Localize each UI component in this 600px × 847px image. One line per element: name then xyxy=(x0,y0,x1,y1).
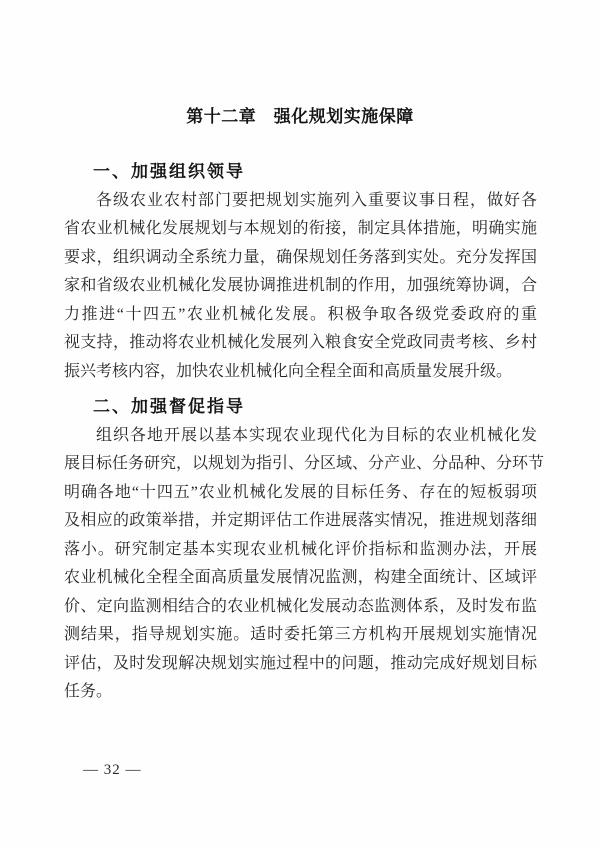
paragraph-line: 及相应的政策举措，并定期评估工作进展落实情况，推进规划落细 xyxy=(64,507,537,536)
paragraph-line: 各级农业农村部门要把规划实施列入重要议事日程，做好各 xyxy=(64,187,537,216)
page-number: — 32 — xyxy=(64,759,537,781)
section-heading-organization-leadership: 一、加强组织领导 xyxy=(64,158,537,187)
section-heading-supervision-guidance: 二、加强督促指导 xyxy=(64,393,537,422)
paragraph-line: 测结果，指导规划实施。适时委托第三方机构开展规划实施情况 xyxy=(64,621,537,650)
chapter-title: 第十二章 强化规划实施保障 xyxy=(0,0,600,130)
page-content: 一、加强组织领导 各级农业农村部门要把规划实施列入重要议事日程，做好各 省农业机… xyxy=(0,158,600,781)
paragraph-line: 展目标任务研究，以规划为指引、分区域、分产业、分品种、分环节 xyxy=(64,450,537,479)
paragraph-2: 组织各地开展以基本实现农业现代化为目标的农业机械化发 展目标任务研究，以规划为指… xyxy=(64,422,537,707)
paragraph-line: 要求，组织调动全系统力量，确保规划任务落到实处。充分发挥国 xyxy=(64,244,537,273)
paragraph-line: 省农业机械化发展规划与本规划的衔接，制定具体措施，明确实施 xyxy=(64,215,537,244)
paragraph-line: 家和省级农业机械化发展协调推进机制的作用，加强统筹协调，合 xyxy=(64,272,537,301)
paragraph-line: 明确各地“十四五”农业机械化发展的目标任务、存在的短板弱项 xyxy=(64,479,537,508)
paragraph-line: 任务。 xyxy=(64,678,537,707)
paragraph-line: 组织各地开展以基本实现农业现代化为目标的农业机械化发 xyxy=(64,422,537,451)
paragraph-line: 力推进“十四五”农业机械化发展。积极争取各级党委政府的重 xyxy=(64,301,537,330)
document-page: 第十二章 强化规划实施保障 一、加强组织领导 各级农业农村部门要把规划实施列入重… xyxy=(0,0,600,847)
paragraph-line: 视支持，推动将农业机械化发展列入粮食安全党政同责考核、乡村 xyxy=(64,329,537,358)
paragraph-1: 各级农业农村部门要把规划实施列入重要议事日程，做好各 省农业机械化发展规划与本规… xyxy=(64,187,537,387)
paragraph-line: 振兴考核内容，加快农业机械化向全程全面和高质量发展升级。 xyxy=(64,358,537,387)
paragraph-line: 落小。研究制定基本实现农业机械化评价指标和监测办法，开展 xyxy=(64,536,537,565)
paragraph-line: 价、定向监测相结合的农业机械化发展动态监测体系，及时发布监 xyxy=(64,593,537,622)
paragraph-line: 农业机械化全程全面高质量发展情况监测，构建全面统计、区域评 xyxy=(64,564,537,593)
paragraph-line: 评估，及时发现解决规划实施过程中的问题，推动完成好规划目标 xyxy=(64,650,537,679)
